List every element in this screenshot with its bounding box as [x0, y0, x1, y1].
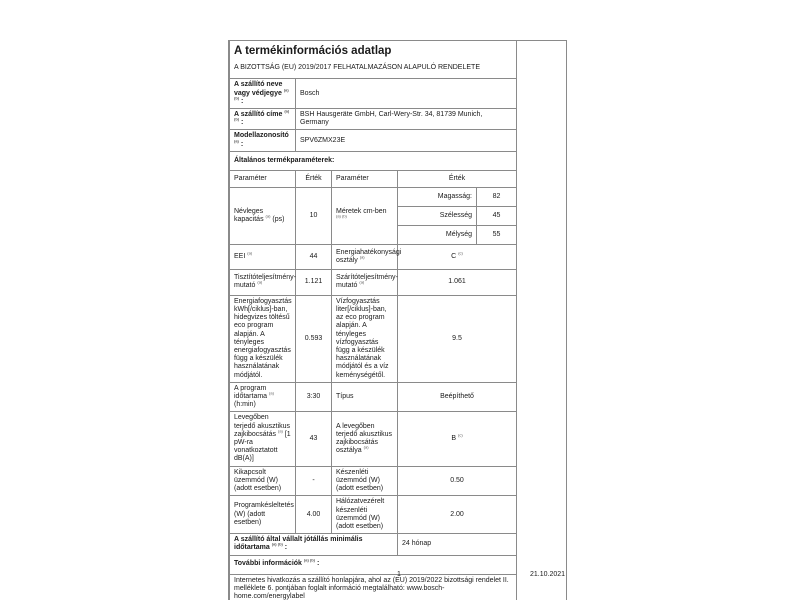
delay-start-label: Programkésleltetés (W) (adott esetben): [230, 496, 296, 534]
header-param-2: Paraméter: [332, 170, 398, 187]
energy-class-label: Energiahatékonysági osztály (a): [332, 244, 398, 269]
cleaning-index-value: 1.121: [296, 269, 332, 295]
additional-info-text: Internetes hivatkozás a szállító honlapj…: [230, 574, 517, 600]
off-mode-value: -: [296, 466, 332, 496]
dimensions-label: Méretek cm-ben (a) (b): [332, 187, 398, 244]
model-id-value: SPV6ZMX23E: [296, 130, 517, 151]
noise-class-value: B (c): [398, 412, 517, 466]
width-label: Szélesség: [398, 206, 477, 225]
height-label: Magasság:: [398, 187, 477, 206]
network-standby-label: Hálózatvezérelt készenléti üzemmód (W) (…: [332, 496, 398, 534]
eei-label: EEI (a): [230, 244, 296, 269]
page-title: A termékinformációs adatlap: [230, 41, 517, 60]
model-id-label: Modellazonosító (a) :: [230, 130, 296, 151]
header-param-1: Paraméter: [230, 170, 296, 187]
height-value: 82: [477, 187, 517, 206]
energy-consumption-value: 0.593: [296, 295, 332, 382]
supplier-name-value: Bosch: [296, 79, 517, 109]
standby-value: 0.50: [398, 466, 517, 496]
energy-class-value: C (c): [398, 244, 517, 269]
supplier-address-value: BSH Hausgeräte GmbH, Carl-Wery-Str. 34, …: [296, 109, 517, 130]
drying-index-value: 1.061: [398, 269, 517, 295]
noise-class-label: A levegőben terjedő akusztikus zajkibocs…: [332, 412, 398, 466]
water-consumption-value: 9.5: [398, 295, 517, 382]
guarantee-label: A szállító által vállalt jótállás minimá…: [230, 534, 398, 555]
network-standby-value: 2.00: [398, 496, 517, 534]
noise-emission-label: Levegőben terjedő akusztikus zajkibocsát…: [230, 412, 296, 466]
eei-value: 44: [296, 244, 332, 269]
width-value: 45: [477, 206, 517, 225]
standby-label: Készenléti üzemmód (W) (adott esetben): [332, 466, 398, 496]
document-date: 21.10.2021: [530, 571, 565, 578]
drying-index-label: Szárítóteljesítmény-mutató (a): [332, 269, 398, 295]
product-info-table: A termékinformációs adatlap A BIZOTTSÁG …: [229, 41, 566, 600]
product-information-sheet: A termékinformációs adatlap A BIZOTTSÁG …: [228, 40, 567, 600]
type-label: Típus: [332, 382, 398, 412]
type-value: Beépíthető: [398, 382, 517, 412]
water-consumption-label: Vízfogyasztás liter[/ciklus]-ban, az eco…: [332, 295, 398, 382]
energy-consumption-label: Energiafogyasztás kWh[/ciklus]-ban, hide…: [230, 295, 296, 382]
additional-info-label: További információk (a) (b) :: [230, 555, 517, 574]
depth-label: Mélység: [398, 225, 477, 244]
delay-start-value: 4.00: [296, 496, 332, 534]
header-value-2: Érték: [398, 170, 517, 187]
regulation-subtitle: A BIZOTTSÁG (EU) 2019/2017 FELHATALMAZÁS…: [230, 60, 517, 79]
page-number: 1: [397, 571, 401, 578]
program-duration-value: 3:30: [296, 382, 332, 412]
capacity-label: Névleges kapacitás (a) (ps): [230, 187, 296, 244]
guarantee-value: 24 hónap: [398, 534, 517, 555]
depth-value: 55: [477, 225, 517, 244]
noise-emission-value: 43: [296, 412, 332, 466]
off-mode-label: Kikapcsolt üzemmód (W) (adott esetben): [230, 466, 296, 496]
supplier-address-label: A szállító címe (a) (b) :: [230, 109, 296, 130]
general-params-heading: Általános termékparaméterek:: [230, 151, 517, 170]
capacity-value: 10: [296, 187, 332, 244]
supplier-name-label: A szállító neve vagy védjegye (a) (b) :: [230, 79, 296, 109]
cleaning-index-label: Tisztítóteljesítmény-mutató (a): [230, 269, 296, 295]
program-duration-label: A program időtartama (a) (h:min): [230, 382, 296, 412]
header-value-1: Érték: [296, 170, 332, 187]
